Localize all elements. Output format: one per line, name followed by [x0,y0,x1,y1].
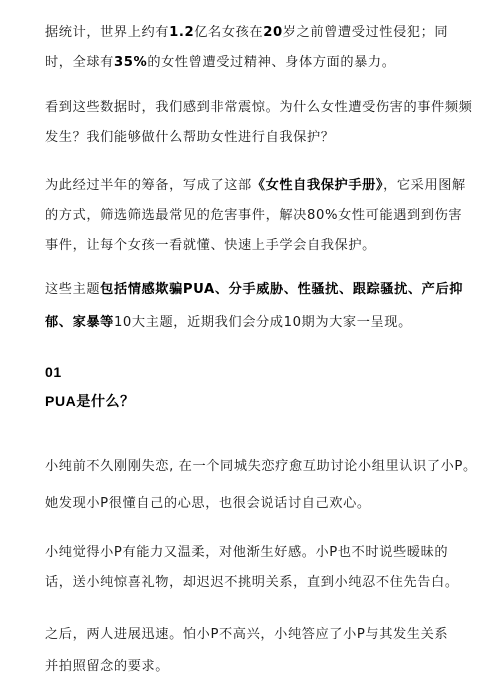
bold-text: 35% [114,55,147,70]
text-span: 据统计，世界上约有 [45,25,169,40]
bold-text: 1.2 [169,25,194,40]
text-span: 之后，两人进展迅速。怕小P不高兴，小纯答应了小P与其发生关系 [45,627,448,642]
text-span: 岁之前曾遭受过性侵犯；同 [283,25,448,40]
text-span: 的女性曾遭受过精神、身体方面的暴力。 [147,55,395,70]
text-line: 并拍照留念的要求。 [45,659,169,675]
text-span: ，它采用图解 [383,178,466,193]
text-span: 时，全球有 [45,55,114,70]
text-line: 的方式，筛选筛选最常见的危害事件，解决80%女性可能遇到到伤害 [45,208,462,224]
text-line: 这些主题包括情感欺骗PUA、分手威胁、性骚扰、跟踪骚扰、产后抑 [45,282,463,298]
text-line: 郁、家暴等10大主题，近期我们会分成10期为大家一呈现。 [45,315,412,331]
text-span: 她发现小P很懂自己的心思，也很会说话讨自己欢心。 [45,496,371,511]
text-span: 10大主题，近期我们会分成10期为大家一呈现。 [114,315,412,330]
text-line: 看到这些数据时，我们感到非常震惊。为什么女性遭受伤害的事件频频 [45,100,472,116]
section-number: 01 [45,364,62,380]
section-title: PUA是什么？ [45,393,135,409]
bold-text: 《女性自我保护手册》 [252,178,383,193]
text-span: 亿名女孩在 [194,25,263,40]
text-span: 并拍照留念的要求。 [45,659,169,674]
text-line: 之后，两人进展迅速。怕小P不高兴，小纯答应了小P与其发生关系 [45,627,448,643]
bold-text: 郁、家暴等 [45,315,114,330]
text-line: 事件，让每个女孩一看就懂、快速上手学会自我保护。 [45,238,376,254]
text-line: 时，全球有35%的女性曾遭受过精神、身体方面的暴力。 [45,55,396,71]
text-span: 为此经过半年的筹备，写成了这部 [45,178,252,193]
text-line: 话，送小纯惊喜礼物，却迟迟不挑明关系，直到小纯忍不住先告白。 [45,575,459,591]
text-span: 小纯前不久刚刚失恋, 在一个同城失恋疗愈互助讨论小组里认识了小P。 [45,459,477,474]
text-span: 看到这些数据时，我们感到非常震惊。为什么女性遭受伤害的事件频频 [45,100,472,115]
text-span: 这些主题 [45,282,100,297]
text-span: 发生？我们能够做什么帮助女性进行自我保护？ [45,130,335,145]
text-span: 事件，让每个女孩一看就懂、快速上手学会自我保护。 [45,238,376,253]
bold-text: 包括情感欺骗PUA、分手威胁、性骚扰、跟踪骚扰、产后抑 [100,282,463,297]
bold-text: 20 [263,25,283,40]
text-line: 小纯前不久刚刚失恋, 在一个同城失恋疗愈互助讨论小组里认识了小P。 [45,459,477,475]
text-line: 发生？我们能够做什么帮助女性进行自我保护？ [45,130,335,146]
text-line: 据统计，世界上约有1.2亿名女孩在20岁之前曾遭受过性侵犯；同 [45,25,448,41]
text-line: 小纯觉得小P有能力又温柔，对他渐生好感。小P也不时说些暧昧的 [45,545,448,561]
text-span: 话，送小纯惊喜礼物，却迟迟不挑明关系，直到小纯忍不住先告白。 [45,575,459,590]
text-line: 她发现小P很懂自己的心思，也很会说话讨自己欢心。 [45,496,371,512]
text-span: 小纯觉得小P有能力又温柔，对他渐生好感。小P也不时说些暧昧的 [45,545,448,560]
text-line: 为此经过半年的筹备，写成了这部《女性自我保护手册》，它采用图解 [45,178,466,194]
text-span: 的方式，筛选筛选最常见的危害事件，解决80%女性可能遇到到伤害 [45,208,462,223]
